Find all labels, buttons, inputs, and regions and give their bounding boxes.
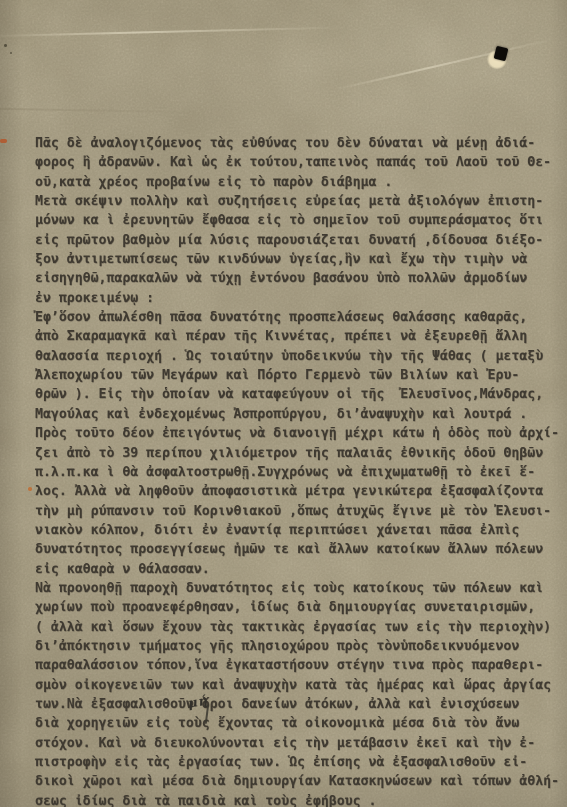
text-line: ξον ἀντιμετωπίσεως τῶν κινδύνων ὑγείας,ἣ… (35, 250, 563, 269)
text-line: χωρίων ποὺ προανεφέρθησαν, ἰδίως διὰ δημ… (35, 598, 563, 617)
rust-speck (0, 139, 7, 143)
text-line: πιστροφὴν εἰς τὰς ἐργασίας των. Ὡς ἐπίση… (35, 753, 563, 772)
text-line: παραθαλάσσιον τόπον,ἵνα ἐγκαταστήσουν στ… (35, 656, 563, 675)
text-line: στόχον. Καὶ νὰ διευκολύνονται εἰς τὴν με… (35, 734, 563, 753)
text-line: Πᾶς δὲ ἀναλογιζόμενος τὰς εὐθύνας του δὲ… (35, 134, 563, 153)
paper-crease (0, 25, 410, 37)
text-line: ἐν προκειμένῳ : (35, 289, 563, 308)
text-line: διὰ χορηγειῶν εἰς τοὺς ἔχοντας τὰ οἰκονο… (35, 714, 563, 733)
text-line: Μαγούλας καὶ ἐνδεχομένως Ἀσπροπύργου, δι… (35, 405, 563, 424)
text-line: τὴν μὴ ρύπανσιν τοῦ Κορινθιακοῦ ,ὅπως ἀτ… (35, 502, 563, 521)
text-line: νιακὸν κόλπον, διότι ἐν ἐναντίᾳ περιπτώσ… (35, 521, 563, 540)
text-line: π.λ.π.κα ὶ θὰ ἀσφαλτοστρωθῇ.Συγχρόνως νὰ… (35, 463, 563, 482)
text-line: λος. Ἀλλὰ νὰ ληφθοῦν ἀποφασιστικὰ μέτρα … (35, 482, 563, 501)
text-line: οῦ,κατὰ χρέος προβαίνω εἰς τὸ παρὸν διάβ… (35, 173, 563, 192)
text-line: δι’ἀπόκτησιν τμήματος γῆς πλησιοχώρου πρ… (35, 637, 563, 656)
text-line: εἰς πρῶτον βαθμὸν μία λύσις παρουσιάζετα… (35, 231, 563, 250)
ink-speck (4, 44, 7, 47)
rust-speck (28, 487, 32, 491)
text-line: δικοὶ χῶροι καὶ μέσα διὰ δημιουργίαν Κατ… (35, 772, 563, 791)
text-line: θαλασσία περιοχή . Ὡς τοιαύτην ὑποδεικνύ… (35, 347, 563, 366)
text-line: Νὰ προνοηθῇ παροχὴ δυνατότητος εἰς τοὺς … (35, 579, 563, 598)
text-line: θρῶν ). Εἰς τὴν ὁποίαν νὰ καταφεύγουν οἱ… (35, 385, 563, 404)
text-line: Πρὸς τοῦτο δέον ἐπειγόντως νὰ διανοιγῇ μ… (35, 424, 563, 443)
text-line: ἀπὸ Σκαραμαγκᾶ καὶ πέραν τῆς Κιννέτας, π… (35, 327, 563, 346)
text-line: σμὸν οἰκογενειῶν των καὶ ἀναψυχὴν κατὰ τ… (35, 676, 563, 695)
paper-crease (0, 108, 255, 115)
scanned-document-page: Πᾶς δὲ ἀναλογιζόμενος τὰς εὐθύνας του δὲ… (0, 0, 567, 807)
text-line: ζει ἀπὸ τὸ 39 περίπου χιλιόμετρον τῆς πα… (35, 444, 563, 463)
text-line: Ἐφ’ὅσον ἀπωλέσθη πᾶσα δυνατότης προσπελά… (35, 308, 563, 327)
typewritten-text-block: Πᾶς δὲ ἀναλογιζόμενος τὰς εὐθύνας του δὲ… (35, 134, 563, 807)
text-line: των.Νὰ ἐξασφαλισθοῦν ὅροι δανείων ἀτόκων… (35, 695, 563, 714)
text-line: δυνατότητος προσεγγίσεως ἡμῶν τε καὶ ἄλλ… (35, 540, 563, 559)
text-line: εἰσηγηθῶ,παρακαλῶν νὰ τύχῃ ἐντόνου βασάν… (35, 269, 563, 288)
text-line: σεως ἰδίως διὰ τὰ παιδιὰ καὶ τοὺς ἐφήβου… (35, 792, 563, 807)
text-line: εἰς καθαρὰ ν θάλασσαν. (35, 560, 563, 579)
text-line: μόνων κα ὶ ἐρευνητῶν ἔφθασα εἰς τὸ σημεῖ… (35, 211, 563, 230)
paper-crease (333, 35, 567, 91)
text-line: Ἀλεποχωρίου τῶν Μεγάρων καὶ Πόρτο Γερμεν… (35, 366, 563, 385)
text-line: ( ἀλλὰ καὶ ὅσων ἔχουν τὰς τακτικὰς ἐργασ… (35, 618, 563, 637)
ink-speck (10, 52, 12, 54)
text-line: Μετὰ σκέψιν πολλὴν καὶ συζητήσεις εὐρεία… (35, 192, 563, 211)
text-line: φορος ἢ ἀδρανῶν. Καὶ ὡς ἐκ τούτου,ταπειν… (35, 153, 563, 172)
